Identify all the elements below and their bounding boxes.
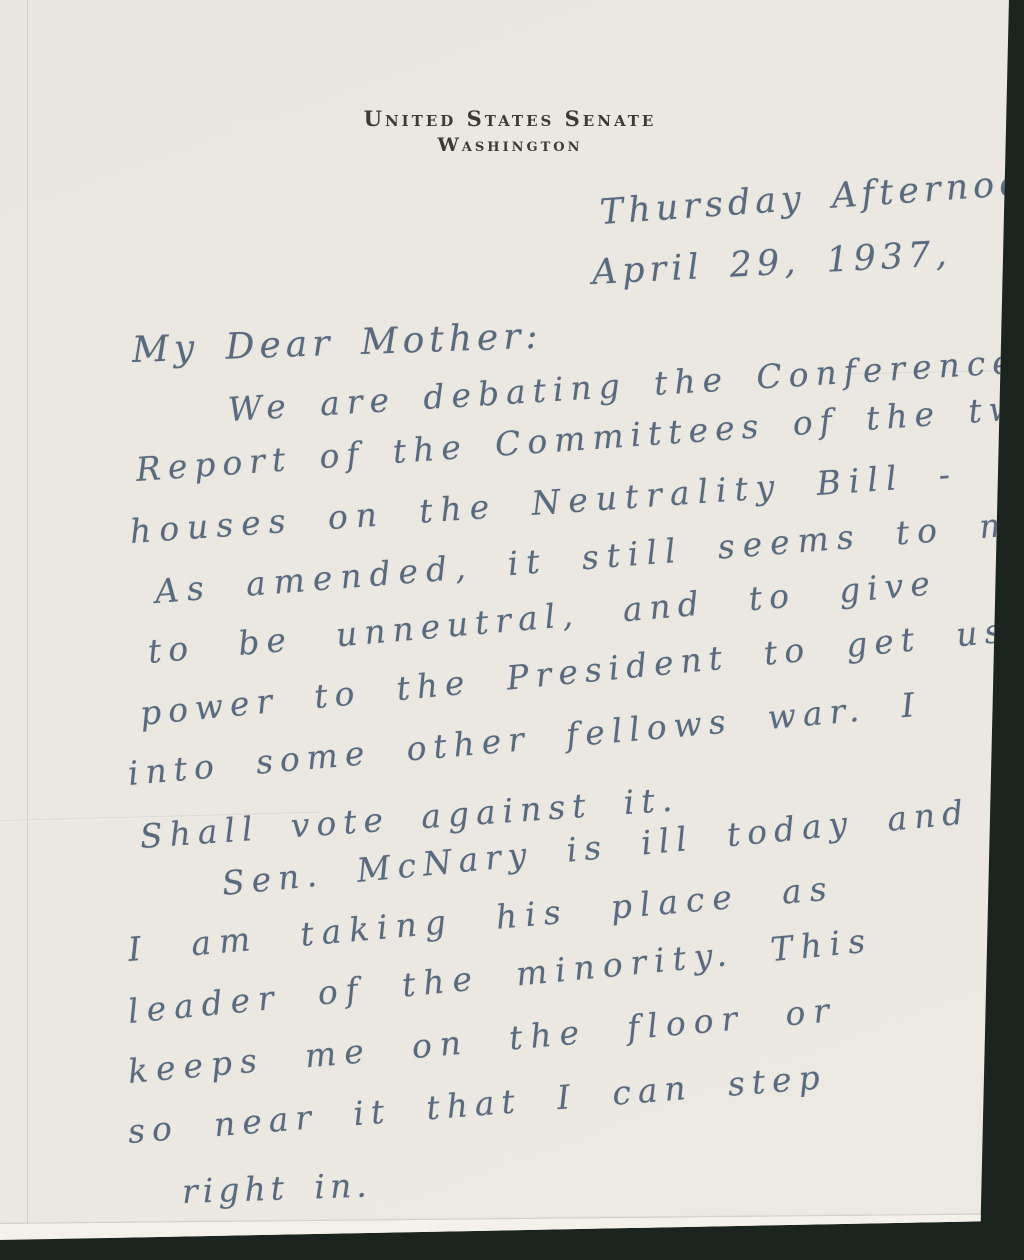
letter-paper: United States Senate Washington Thursday… [0,0,1012,1240]
salutation: My Dear Mother: [131,316,543,371]
paper-bottom-edge [0,1214,1005,1239]
letterhead-org: United States Senate [300,106,720,131]
letterhead-city: Washington [300,134,720,156]
date-line-1: Thursday Afternoon [599,161,1024,233]
paper-crease-vertical [27,0,28,1238]
scanned-letter-background: United States Senate Washington Thursday… [0,0,1024,1260]
date-line-2: April 29, 1937, [591,234,953,293]
letterhead: United States Senate Washington [300,106,720,156]
handwritten-line: right in. [181,1165,372,1211]
